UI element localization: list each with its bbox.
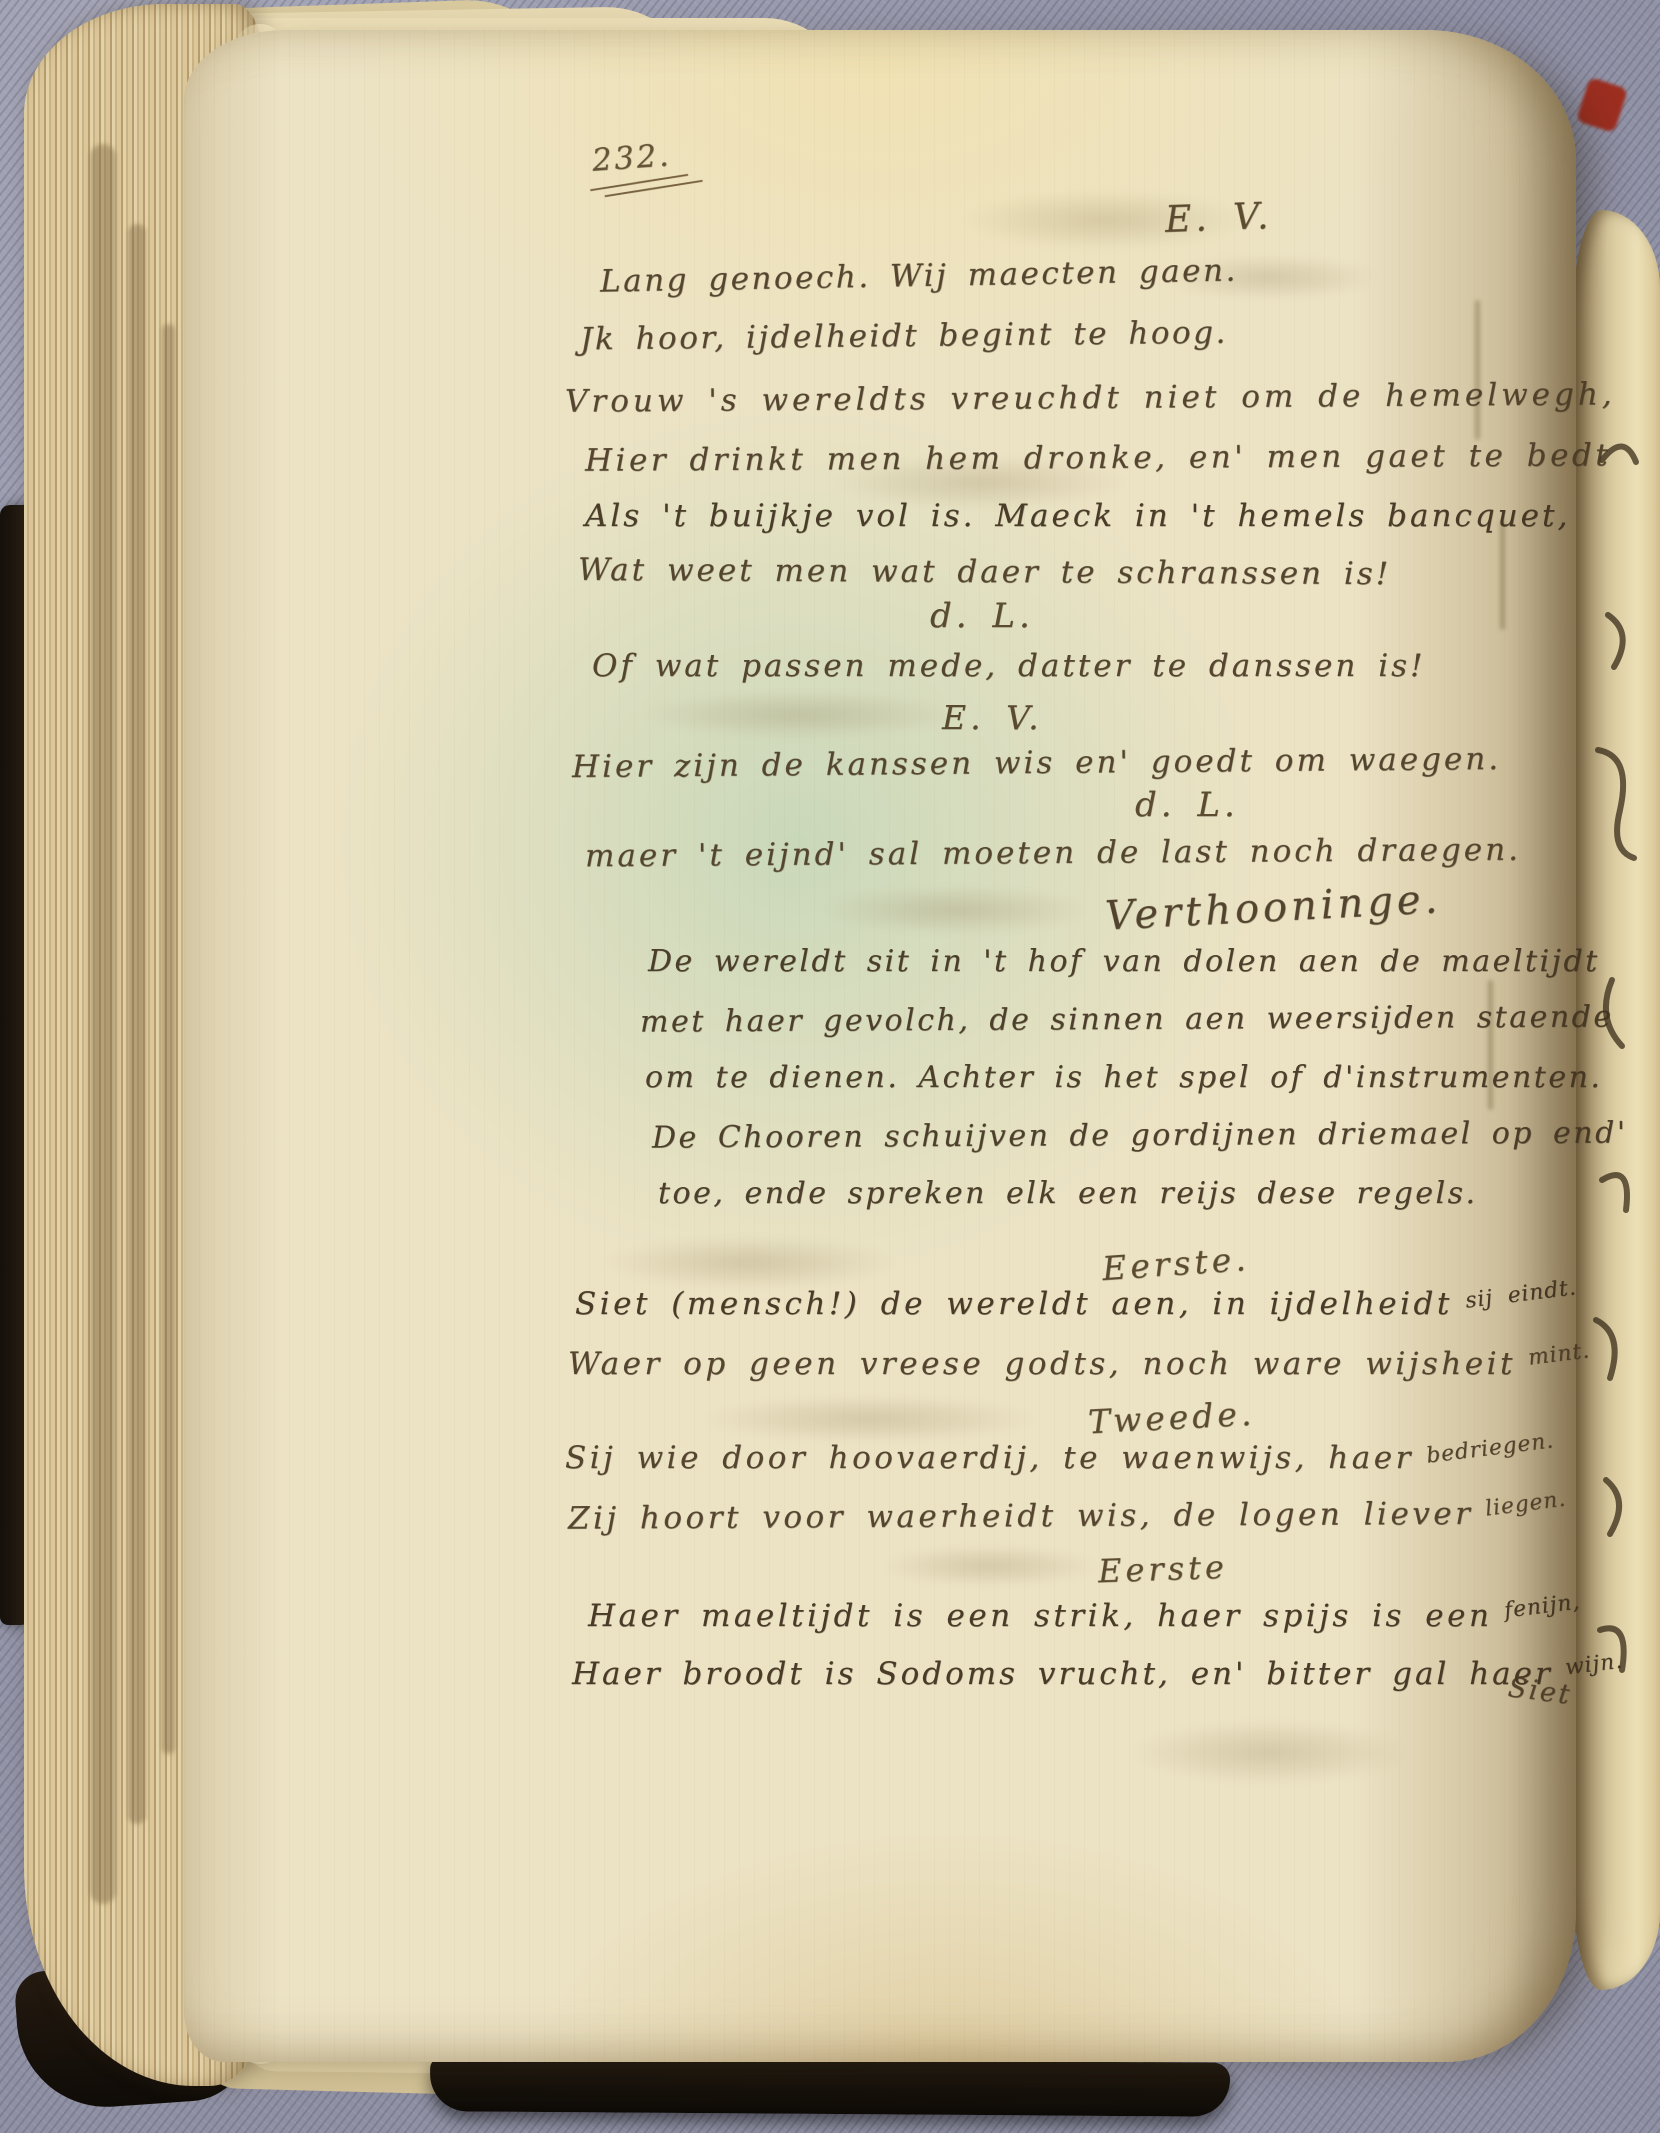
folio-number: 232. xyxy=(591,137,672,178)
verse-line: Sij wie door hoovaerdij, te waenwijs, ha… xyxy=(565,1440,1554,1476)
bleed-through-stroke xyxy=(1475,300,1480,440)
speaker-heading: d. L. xyxy=(1135,785,1239,825)
stage-direction-line: om te dienen. Achter is het spel of d'in… xyxy=(645,1060,1602,1095)
verse-line: Jk hoor, ijdelheidt begint te hoog. xyxy=(580,315,1228,358)
bleed-through-smudge xyxy=(820,885,1090,935)
bleed-through-smudge xyxy=(600,1235,900,1290)
verse-line: Haer maeltijdt is een strik, haer spijs … xyxy=(588,1598,1581,1634)
verse-line: Waer op geen vreese godts, noch ware wij… xyxy=(568,1346,1590,1382)
verse-line: Siet (mensch!) de wereldt aen, in ijdelh… xyxy=(575,1286,1577,1322)
page-stack-groove xyxy=(90,144,116,1904)
red-headband xyxy=(1576,77,1628,133)
verse-line: Zij hoort voor waerheidt wis, de logen l… xyxy=(568,1495,1567,1536)
verse-line: Vrouw 's wereldts vreuchdt niet om de he… xyxy=(565,376,1616,419)
bleed-through-smudge xyxy=(1130,1720,1410,1785)
bleed-through-smudge xyxy=(880,1545,1100,1587)
stage-direction-line: De Chooren schuijven de gordijnen driema… xyxy=(652,1115,1628,1155)
bleed-through-stroke xyxy=(1500,520,1505,630)
speaker-heading: E. V. xyxy=(942,698,1043,737)
stage-direction-line: toe, ende spreken elk een reijs dese reg… xyxy=(658,1176,1478,1211)
verse-line-text: Siet (mensch!) de wereldt aen, in ijdelh… xyxy=(575,1286,1453,1322)
stage-direction-line: De wereldt sit in 't hof van dolen aen d… xyxy=(648,944,1600,979)
verse-line: Haer broodt is Sodoms vrucht, en' bitter… xyxy=(572,1656,1623,1692)
bleed-through-smudge xyxy=(700,1395,1040,1443)
verse-line: Hier drinkt men hem dronke, en' men gaet… xyxy=(585,437,1611,478)
photo-of-open-manuscript-book: 232. E. V. Lang genoech. Wij maecten gae… xyxy=(0,0,1660,2133)
verse-line: Of wat passen mede, datter te danssen is… xyxy=(592,648,1426,684)
folio-number-text: 232. xyxy=(591,137,672,178)
chorus-heading: Eerste xyxy=(1097,1548,1228,1591)
book-cover-edge-bottom xyxy=(430,2057,1230,2117)
bleed-through-smudge xyxy=(640,690,960,740)
verse-line-text: Zij hoort voor waerheidt wis, de logen l… xyxy=(568,1496,1474,1537)
speaker-heading: d. L. xyxy=(930,596,1034,636)
verse-line: maer 't eijnd' sal moeten de last noch d… xyxy=(585,832,1521,875)
verse-line-text: Waer op geen vreese godts, noch ware wij… xyxy=(568,1346,1516,1382)
speaker-heading: E. V. xyxy=(1164,196,1273,241)
page-stack-groove xyxy=(128,224,146,1824)
verse-line-text: Haer maeltijdt is een strik, haer spijs … xyxy=(588,1598,1492,1634)
verse-line-text: Sij wie door hoovaerdij, te waenwijs, ha… xyxy=(565,1440,1414,1476)
verse-line-text: Haer broodt is Sodoms vrucht, en' bitter… xyxy=(572,1656,1553,1692)
verse-line: Wat weet men wat daer te schranssen is! xyxy=(578,552,1391,592)
stage-direction-line: met haer gevolch, de sinnen aen weersijd… xyxy=(640,999,1614,1039)
verse-line: Als 't buijkje vol is. Maeck in 't hemel… xyxy=(585,498,1570,534)
page-stack-groove xyxy=(162,324,175,1754)
